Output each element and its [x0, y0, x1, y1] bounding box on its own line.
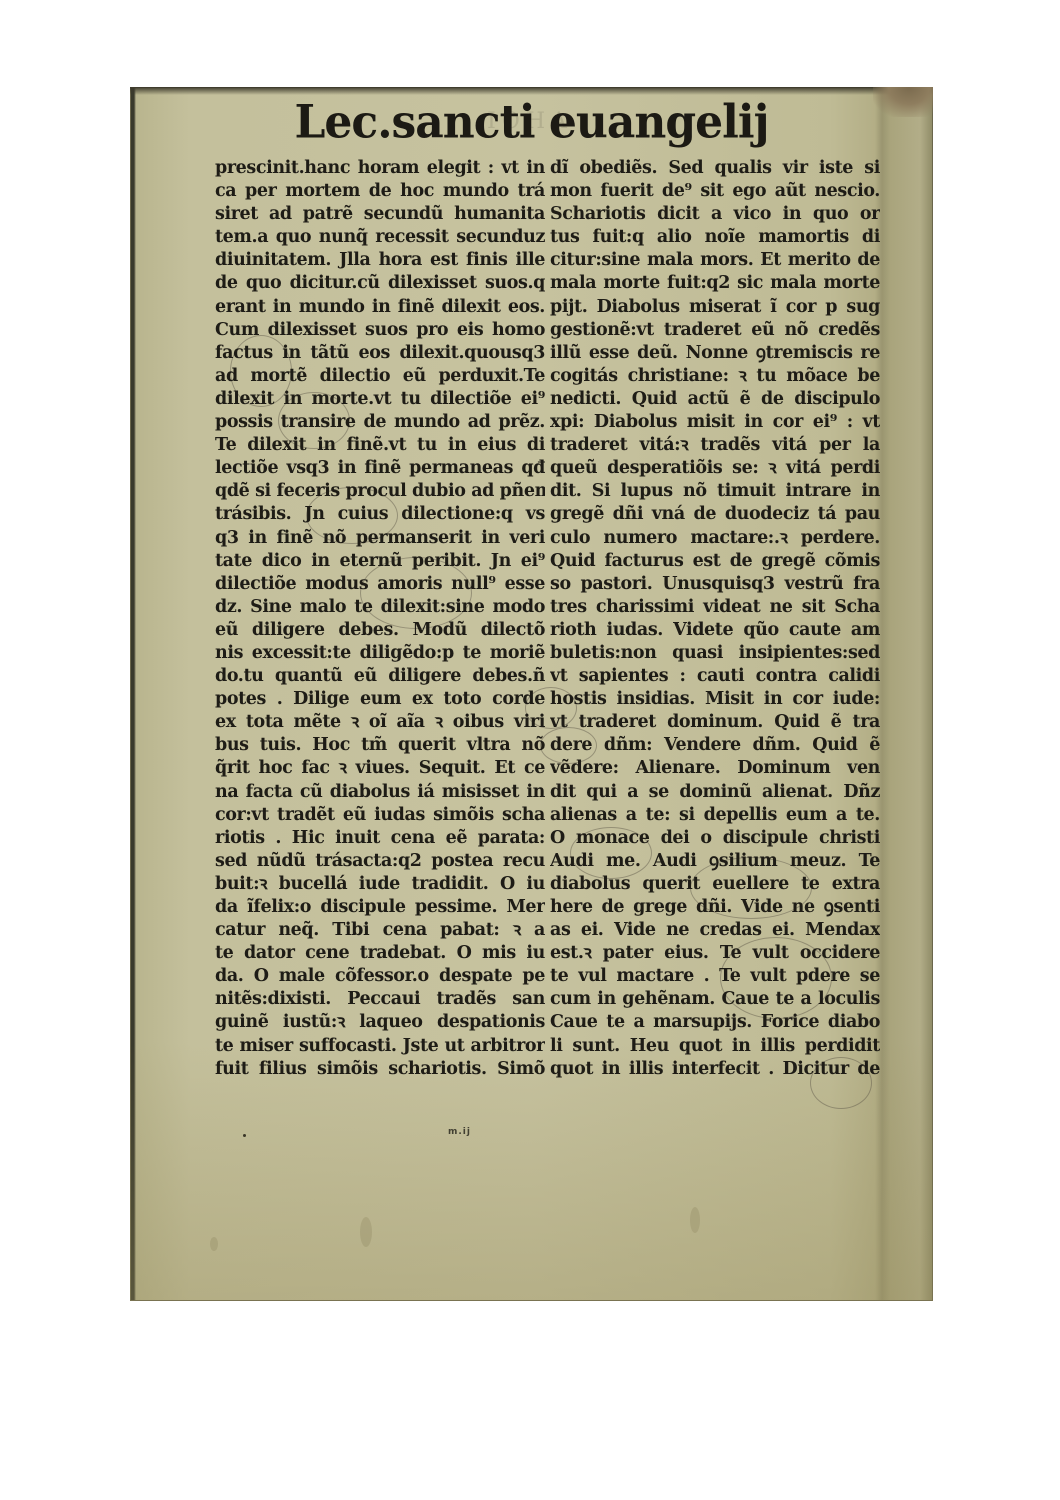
text-line: quot in illis interfecit . Dicitur de [550, 1058, 880, 1081]
text-line: siret ad patrẽ secundũ humanita [215, 203, 545, 226]
text-line: tate dico in eternũ peribit. Jn ei⁹ [215, 550, 545, 573]
text-line: do.tu quantũ eũ diligere debes.ñ [215, 665, 545, 688]
text-line: xpi: Diabolus misit in cor ei⁹ : vt [550, 411, 880, 434]
text-line: as ei. Vide ne credas ei. Mendax [550, 919, 880, 942]
text-line: tem.a quo nunq̃ recessit secunduz [215, 226, 545, 249]
text-line: gestionẽ:vt traderet eũ nõ credẽs [550, 319, 880, 342]
running-head: Lec.sancti euangelij [130, 94, 933, 153]
text-line: hostis insidias. Misit in cor iude: [550, 688, 880, 711]
text-line: li sunt. Heu quot in illis perdidit [550, 1035, 880, 1058]
text-line: te miser suffocasti. Jste ut arbitror [215, 1035, 545, 1058]
text-line: vt traderet dominum. Quid ẽ tra [550, 711, 880, 734]
text-line: citur:sine mala mors. Et merito de [550, 249, 880, 272]
text-line: nedicti. Quid actũ ẽ de discipulo [550, 388, 880, 411]
text-line: so pastori. Unusquisq3 vestrũ fra [550, 573, 880, 596]
text-line: factus in tãtũ eos dilexit.quousq3 [215, 342, 545, 365]
text-line: mon fuerit de⁹ sit ego aũt nescio. [550, 180, 880, 203]
paper-stain [360, 1217, 372, 1247]
margin-mark [243, 1134, 246, 1137]
text-line: Quid facturus est de gregẽ cõmis [550, 550, 880, 573]
text-line: dz. Sine malo te dilexit:sine modo [215, 596, 545, 619]
text-line: dĩ obediẽs. Sed qualis vir iste si [550, 157, 880, 180]
text-line: mala morte fuit:q2 sic mala morte [550, 272, 880, 295]
text-line: dere dñm: Vendere dñm. Quid ẽ [550, 734, 880, 757]
text-line: potes . Dilige eum ex toto corde [215, 688, 545, 711]
text-line: nis excessit:te diligẽdo:p te moriẽ [215, 642, 545, 665]
text-line: vẽdere: Alienare. Dominum ven [550, 757, 880, 780]
text-line: da ĩfelix:o discipule pessime. Mer [215, 896, 545, 919]
text-line: buletis:non quasi insipientes:sed [550, 642, 880, 665]
text-line: buit:ꝛ bucellá iude tradidit. O iu [215, 873, 545, 896]
text-line: na facta cũ diabolus iá misisset in [215, 781, 545, 804]
text-line: Cum dilexisset suos pro eis homo [215, 319, 545, 342]
text-line: culo numero mactare:.ꝛ perdere. [550, 527, 880, 550]
text-line: nitẽs:dixisti. Peccaui tradẽs san [215, 988, 545, 1011]
text-line: cum in gehẽnam. Caue te a loculis [550, 988, 880, 1011]
text-line: dit qui a se dominũ alienat. Dñz [550, 781, 880, 804]
text-line: possis transire de mundo ad prẽz. [215, 411, 545, 434]
scanned-page: IOHA Lec.sancti euangelij prescinit.hanc… [130, 87, 933, 1301]
signature-mark: m.ij [448, 1127, 471, 1137]
paper-stain [210, 1237, 218, 1251]
text-line: traderet vitá:ꝛ tradẽs vitá per la [550, 434, 880, 457]
text-line: vt sapientes : cauti contra calidi [550, 665, 880, 688]
text-line: te vul mactare . Te vult pdere se [550, 965, 880, 988]
text-line: Caue te a marsupijs. Forice diabo [550, 1011, 880, 1034]
text-column-right: dĩ obediẽs. Sed qualis vir iste si mon f… [550, 157, 880, 1081]
text-line: da. O male cõfessor.o despate pe [215, 965, 545, 988]
text-line: cor:vt tradẽt eũ iudas simõis scha [215, 804, 545, 827]
text-line: diuinitatem. Jlla hora est finis ille [215, 249, 545, 272]
paper-stain [690, 1207, 700, 1233]
text-line: riotis . Hic inuit cena eẽ parata: [215, 827, 545, 850]
text-line: pijt. Diabolus miserat ĩ cor p sug [550, 296, 880, 319]
text-line: tus fuit:q alio noĩe mamortis di [550, 226, 880, 249]
text-line: dit. Si lupus nõ timuit intrare in [550, 480, 880, 503]
text-line: ex tota mẽte ꝛ oĩ aĩa ꝛ oibus viri [215, 711, 545, 734]
text-line: tres charissimi videat ne sit Scha [550, 596, 880, 619]
text-line: catur neq̃. Tibi cena pabat: ꝛ a [215, 919, 545, 942]
text-line: q̃rit hoc fac ꝛ viues. Sequit. Et ce [215, 757, 545, 780]
text-line: fuit filius simõis schariotis. Simõ [215, 1058, 545, 1081]
text-line: sed nũdũ trásacta:q2 postea recu [215, 850, 545, 873]
text-line: alienas a te: si depellis eum a te. [550, 804, 880, 827]
text-line: erant in mundo in finẽ dilexit eos. [215, 296, 545, 319]
text-line: O monace dei o discipule christi [550, 827, 880, 850]
text-line: Audi me. Audi ꝯsilium meuz. Te [550, 850, 880, 873]
text-line: dilexit in morte.vt tu dilectiõe ei⁹ [215, 388, 545, 411]
text-line: dilectiõe modus amoris null⁹ esse [215, 573, 545, 596]
text-line: ad mortẽ dilectio eũ perduxit.Te [215, 365, 545, 388]
text-line: cogitás christiane: ꝛ tu mõace be [550, 365, 880, 388]
text-line: lectiõe vsq3 in finẽ permaneas qđ [215, 457, 545, 480]
text-line: illũ esse deũ. Nonne ꝯtremiscis re [550, 342, 880, 365]
text-line: bus tuis. Hoc tm̃ querit vltra nõ [215, 734, 545, 757]
text-column-left: prescinit.hanc horam elegit : vt in ca p… [215, 157, 545, 1081]
text-line: trásibis. Jn cuius dilectione:q vs [215, 503, 545, 526]
text-line: est.ꝛ pater eius. Te vult occidere [550, 942, 880, 965]
text-line: q3 in finẽ nõ permanserit in veri [215, 527, 545, 550]
text-line: rioth iudas. Videte qũo caute am [550, 619, 880, 642]
text-line: de quo dicitur.cũ dilexisset suos.q [215, 272, 545, 295]
text-line: here de grege dñi. Vide ne ꝯsenti [550, 896, 880, 919]
text-line: te dator cene tradebat. O mis iu [215, 942, 545, 965]
text-line: eũ diligere debes. Modũ dilectõ [215, 619, 545, 642]
text-line: prescinit.hanc horam elegit : vt in [215, 157, 545, 180]
text-line: ca per mortem de hoc mundo trá [215, 180, 545, 203]
text-line: guinẽ iustũ:ꝛ laqueo despationis [215, 1011, 545, 1034]
text-line: diabolus querit euellere te extra [550, 873, 880, 896]
text-line: qdẽ si feceris procul dubio ad pñem [215, 480, 545, 503]
text-line: Schariotis dicit a vico in quo or [550, 203, 880, 226]
text-line: queũ desperatiõis se: ꝛ vitá perdi [550, 457, 880, 480]
text-line: Te dilexit in finẽ.vt tu in eius di [215, 434, 545, 457]
text-line: gregẽ dñi vná de duodeciz tá pau [550, 503, 880, 526]
